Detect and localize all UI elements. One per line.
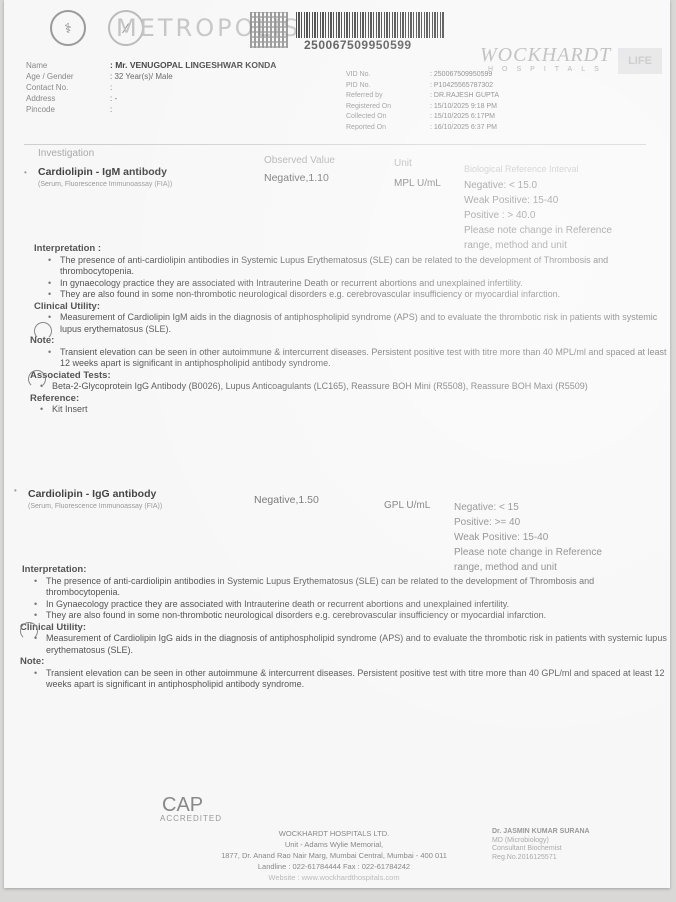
ref-line: Weak Positive: 15-40	[464, 193, 612, 208]
ref-line: Positive: >= 40	[454, 515, 602, 530]
interpretation-heading: Interpretation:	[4, 564, 670, 576]
interpretation-text: They are also found in some non-thrombot…	[46, 610, 546, 622]
test-name-igm: Cardiolipin - IgM antibody	[38, 166, 167, 178]
footer-address: 1877, Dr. Anand Rao Nair Marg, Mumbai Ce…	[184, 850, 484, 861]
unit-igm: MPL U/mL	[394, 178, 441, 189]
referred-by-value: : DR.RAJESH GUPTA	[430, 91, 499, 102]
note-text: Transient elevation can be seen in other…	[46, 668, 670, 691]
visit-row: Referred by: DR.RAJESH GUPTA	[346, 91, 499, 102]
brand-mark: LIFE	[618, 48, 662, 74]
note-item: •Transient elevation can be seen in othe…	[4, 347, 670, 370]
field-label: Reported On	[346, 123, 430, 134]
signatory-reg: Reg.No.2016125571	[492, 854, 590, 863]
hospital-brand-sub: HOSPITALS	[488, 66, 608, 73]
hospital-brand: WOCKHARDT	[480, 44, 611, 67]
patient-age-gender: : 32 Year(s)/ Male	[110, 71, 173, 82]
interpretation-text: They are also found in some non-thrombot…	[60, 289, 560, 301]
punch-hole-icon	[28, 370, 46, 388]
utility-item: •Measurement of Cardiolipin IgG aids in …	[4, 633, 670, 656]
signatory-degree: MD (Microbiology)	[492, 837, 590, 846]
field-label: Contact No.	[26, 82, 110, 93]
visit-row: Reported On: 16/10/2025 6:37 PM	[346, 123, 499, 134]
interpretation-text: In Gynaecology practice they are associa…	[46, 599, 509, 611]
field-label: Pincode	[26, 104, 110, 115]
test-method-igm: (Serum, Fluorescence Immunoassay (FIA))	[38, 181, 172, 188]
qr-code	[250, 12, 288, 48]
punch-hole-icon	[20, 622, 38, 640]
footer-phone: Landline : 022-61784444 Fax : 022-617842…	[184, 861, 484, 872]
associated-text: Beta-2-Glycoprotein IgG Antibody (B0026)…	[52, 381, 588, 393]
field-label: Collected On	[346, 112, 430, 123]
field-label: Age / Gender	[26, 71, 110, 82]
utility-item: •Measurement of Cardiolipin IgM aids in …	[4, 312, 670, 335]
signatory-block: Dr. JASMIN KUMAR SURANA MD (Microbiology…	[492, 828, 590, 862]
test-bullet: •	[14, 486, 17, 495]
hospital-address-footer: WOCKHARDT HOSPITALS LTD. Unit - Adams Wy…	[184, 828, 484, 883]
barcode-number: 250067509950599	[304, 38, 412, 52]
field-label: PID No.	[346, 81, 430, 92]
patient-row: Name: Mr. VENUGOPAL LINGESHWAR KONDA	[26, 60, 276, 71]
reference-heading: Reference:	[4, 393, 670, 405]
interpretation-item: •They are also found in some non-thrombo…	[4, 610, 670, 622]
interpretation-heading: Interpretation :	[4, 243, 670, 255]
clinical-utility-heading: Clinical Utility:	[4, 622, 670, 634]
interpretation-item: •In Gynaecology practice they are associ…	[4, 599, 670, 611]
patient-address: : -	[110, 93, 117, 104]
field-label: Name	[26, 60, 110, 71]
ref-line: Please note change in Reference	[464, 223, 612, 238]
col-unit: Unit	[394, 158, 412, 169]
visit-row: VID No.: 250067509950599	[346, 70, 499, 81]
utility-text: Measurement of Cardiolipin IgM aids in t…	[60, 312, 670, 335]
barcode	[296, 12, 444, 38]
field-label: Referred by	[346, 91, 430, 102]
interpretation-item: •In gynaecology practice they are associ…	[4, 278, 670, 290]
header-divider	[24, 144, 646, 145]
patient-row: Age / Gender: 32 Year(s)/ Male	[26, 71, 276, 82]
footer-company: WOCKHARDT HOSPITALS LTD.	[184, 828, 484, 839]
footer-unit: Unit - Adams Wylie Memorial,	[184, 839, 484, 850]
utility-text: Measurement of Cardiolipin IgG aids in t…	[46, 633, 670, 656]
note-heading: Note:	[4, 335, 670, 347]
ref-line: Positive : > 40.0	[464, 208, 612, 223]
clinical-utility-heading: Clinical Utility:	[4, 301, 670, 313]
note-heading: Note:	[4, 656, 670, 668]
test-igm-details: Interpretation : •The presence of anti-c…	[4, 243, 670, 416]
visit-row: Registered On: 15/10/2025 9:18 PM	[346, 102, 499, 113]
footer-website: Website : www.wockhardthospitals.com	[184, 872, 484, 883]
reference-range-igm: Negative: < 15.0 Weak Positive: 15-40 Po…	[464, 178, 612, 253]
collected-on-value: : 15/10/2025 6:17PM	[430, 112, 495, 123]
reference-item: •Kit Insert	[4, 404, 670, 416]
associated-tests-heading: Associated Tests:	[4, 370, 670, 382]
visit-row: Collected On: 15/10/2025 6:17PM	[346, 112, 499, 123]
interpretation-item: •They are also found in some non-thrombo…	[4, 289, 670, 301]
observed-value-igm: Negative,1.10	[264, 172, 329, 184]
interpretation-text: The presence of anti-cardiolipin antibod…	[60, 255, 670, 278]
col-reference: Biological Reference Interval	[464, 164, 579, 174]
patient-row: Contact No.:	[26, 82, 276, 93]
col-observed: Observed Value	[264, 155, 335, 166]
vid-value: : 250067509950599	[430, 70, 492, 81]
reference-text: Kit Insert	[52, 404, 88, 416]
test-bullet: •	[24, 168, 27, 177]
signatory-name: Dr. JASMIN KUMAR SURANA	[492, 828, 590, 837]
test-name-igg: Cardiolipin - IgG antibody	[28, 488, 156, 500]
cap-accredited: ACCREDITED	[160, 814, 222, 823]
col-investigation: Investigation	[38, 148, 94, 159]
ref-line: Weak Positive: 15-40	[454, 530, 602, 545]
associated-item: •Beta-2-Glycoprotein IgG Antibody (B0026…	[4, 381, 670, 393]
observed-value-igg: Negative,1.50	[254, 494, 319, 506]
visit-row: PID No.: P10425565787302	[346, 81, 499, 92]
patient-name: : Mr. VENUGOPAL LINGESHWAR KONDA	[110, 60, 276, 71]
interpretation-text: The presence of anti-cardiolipin antibod…	[46, 576, 670, 599]
ref-line: Please note change in Reference	[454, 545, 602, 560]
emblem-logo-icon: ⚕	[50, 10, 86, 46]
punch-hole-icon	[34, 322, 52, 340]
field-label: VID No.	[346, 70, 430, 81]
interpretation-text: In gynaecology practice they are associa…	[60, 278, 523, 290]
note-item: •Transient elevation can be seen in othe…	[4, 668, 670, 691]
ref-line: Negative: < 15.0	[464, 178, 612, 193]
interpretation-item: •The presence of anti-cardiolipin antibo…	[4, 255, 670, 278]
patient-row: Pincode:	[26, 104, 276, 115]
lab-report-page: ⚕ ⁄ METROPOLIS 250067509950599 WOCKHARDT…	[4, 0, 670, 888]
pid-value: : P10425565787302	[430, 81, 493, 92]
interpretation-item: •The presence of anti-cardiolipin antibo…	[4, 576, 670, 599]
test-igg-details: Interpretation: •The presence of anti-ca…	[4, 564, 670, 691]
unit-igg: GPL U/mL	[384, 500, 430, 511]
signatory-role: Consultant Biochemist	[492, 845, 590, 854]
patient-row: Address: -	[26, 93, 276, 104]
registered-on-value: : 15/10/2025 9:18 PM	[430, 102, 497, 113]
field-label: Registered On	[346, 102, 430, 113]
field-label: Address	[26, 93, 110, 104]
patient-info: Name: Mr. VENUGOPAL LINGESHWAR KONDA Age…	[26, 60, 276, 115]
visit-info: VID No.: 250067509950599 PID No.: P10425…	[346, 70, 499, 133]
ref-line: Negative: < 15	[454, 500, 602, 515]
patient-pincode: :	[110, 104, 112, 115]
reported-on-value: : 16/10/2025 6:37 PM	[430, 123, 497, 134]
note-text: Transient elevation can be seen in other…	[60, 347, 670, 370]
test-method-igg: (Serum, Fluorescence Immunoassay (FIA))	[28, 503, 162, 510]
patient-contact: :	[110, 82, 112, 93]
